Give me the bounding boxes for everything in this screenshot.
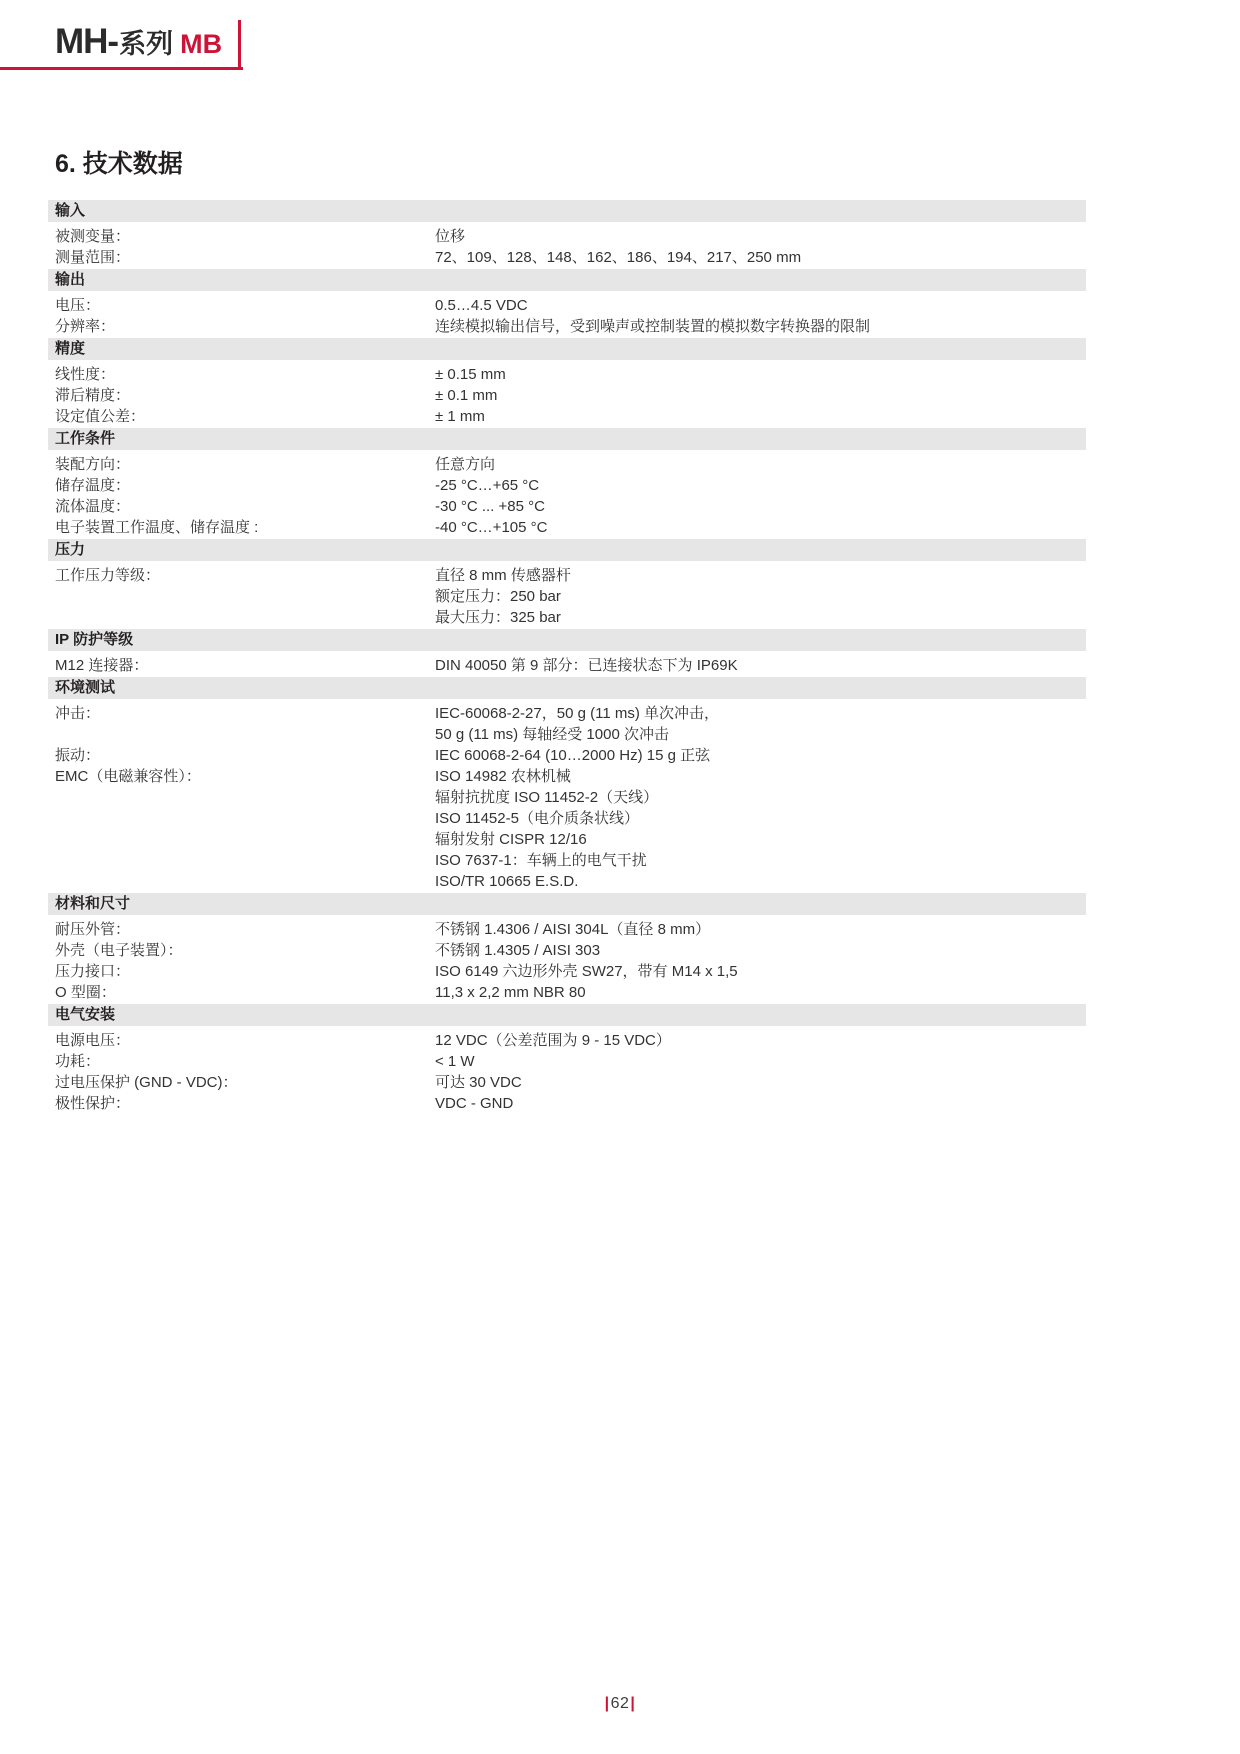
spec-row: 电源电压：12 VDC（公差范围为 9 - 15 VDC） — [48, 1030, 1086, 1051]
spec-row: 被测变量：位移 — [48, 226, 1086, 247]
spec-row: 分辨率：连续模拟输出信号，受到噪声或控制装置的模拟数字转换器的限制 — [48, 316, 1086, 337]
brand-series: 系列 — [119, 22, 173, 61]
spec-value-line: ISO/TR 10665 E.S.D. — [435, 871, 1086, 892]
spec-value-line: 位移 — [435, 226, 1086, 247]
spec-row: 外壳（电子装置）：不锈钢 1.4305 / AISI 303 — [48, 940, 1086, 961]
spec-value-line: ± 0.15 mm — [435, 364, 1086, 385]
spec-value-line: 最大压力：325 bar — [435, 607, 1086, 628]
spec-row: 线性度：± 0.15 mm — [48, 364, 1086, 385]
spec-label: 过电压保护 (GND - VDC)： — [48, 1072, 435, 1093]
spec-label: 振动： — [48, 745, 435, 766]
spec-value-line: ISO 14982 农林机械 — [435, 766, 1086, 787]
page-number: 62 — [610, 1695, 631, 1712]
spec-values: 72、109、128、148、162、186、194、217、250 mm — [435, 247, 1086, 268]
spec-values: 12 VDC（公差范围为 9 - 15 VDC） — [435, 1030, 1086, 1051]
brand-title: MH-系列MB — [55, 22, 222, 62]
datasheet-page: { "accent_color": "#cd1438", "brand": { … — [0, 0, 1240, 1754]
spec-values: ± 1 mm — [435, 406, 1086, 427]
spec-value-line: 直径 8 mm 传感器杆 — [435, 565, 1086, 586]
spec-value-line: 辐射发射 CISPR 12/16 — [435, 829, 1086, 850]
spec-value-line: ISO 11452-5（电介质条状线） — [435, 808, 1086, 829]
spec-values: 不锈钢 1.4305 / AISI 303 — [435, 940, 1086, 961]
brand-vertical-rule — [238, 20, 241, 70]
spec-label: 压力接口： — [48, 961, 435, 982]
spec-values: DIN 40050 第 9 部分：已连接状态下为 IP69K — [435, 655, 1086, 676]
spec-label: EMC（电磁兼容性）： — [48, 766, 435, 787]
spec-values: IEC-60068-2-27，50 g (11 ms) 单次冲击，50 g (1… — [435, 703, 1086, 745]
spec-value-line: 不锈钢 1.4306 / AISI 304L（直径 8 mm） — [435, 919, 1086, 940]
spec-label: 工作压力等级： — [48, 565, 435, 586]
section-header: 输出 — [48, 269, 1086, 291]
spec-value-line: 连续模拟输出信号，受到噪声或控制装置的模拟数字转换器的限制 — [435, 316, 1086, 337]
spec-value-line: 额定压力：250 bar — [435, 586, 1086, 607]
spec-values: 连续模拟输出信号，受到噪声或控制装置的模拟数字转换器的限制 — [435, 316, 1086, 337]
spec-values: < 1 W — [435, 1051, 1086, 1072]
spec-value-line: 11,3 x 2,2 mm NBR 80 — [435, 982, 1086, 1003]
spec-label: 耐压外管： — [48, 919, 435, 940]
section-header: 材料和尺寸 — [48, 893, 1086, 915]
spec-value-line: ISO 6149 六边形外壳 SW27，带有 M14 x 1,5 — [435, 961, 1086, 982]
spec-value-line: 0.5…4.5 VDC — [435, 295, 1086, 316]
brand-underline — [0, 67, 243, 70]
brand-header: MH-系列MB — [0, 20, 243, 70]
spec-row: 储存温度：-25 °C…+65 °C — [48, 475, 1086, 496]
spec-row: 流体温度：-30 °C ... +85 °C — [48, 496, 1086, 517]
spec-row: 设定值公差：± 1 mm — [48, 406, 1086, 427]
spec-value-line: 任意方向 — [435, 454, 1086, 475]
spec-value-line: ± 1 mm — [435, 406, 1086, 427]
spec-label: M12 连接器： — [48, 655, 435, 676]
spec-label: 电源电压： — [48, 1030, 435, 1051]
section-header: 输入 — [48, 200, 1086, 222]
spec-values: ± 0.15 mm — [435, 364, 1086, 385]
spec-label: 电压： — [48, 295, 435, 316]
spec-values: 0.5…4.5 VDC — [435, 295, 1086, 316]
spec-row: 工作压力等级：直径 8 mm 传感器杆额定压力：250 bar最大压力：325 … — [48, 565, 1086, 628]
spec-values: -40 °C…+105 °C — [435, 517, 1086, 538]
spec-label: 储存温度： — [48, 475, 435, 496]
spec-values: 直径 8 mm 传感器杆额定压力：250 bar最大压力：325 bar — [435, 565, 1086, 628]
spec-label: 外壳（电子装置）： — [48, 940, 435, 961]
spec-value-line: ± 0.1 mm — [435, 385, 1086, 406]
spec-values: ISO 6149 六边形外壳 SW27，带有 M14 x 1,5 — [435, 961, 1086, 982]
spec-value-line: VDC - GND — [435, 1093, 1086, 1114]
spec-label: 功耗： — [48, 1051, 435, 1072]
spec-table: 输入被测变量：位移测量范围：72、109、128、148、162、186、194… — [48, 199, 1086, 1114]
page-footer: |62| — [0, 1695, 1240, 1713]
spec-row: M12 连接器：DIN 40050 第 9 部分：已连接状态下为 IP69K — [48, 655, 1086, 676]
spec-row: 滞后精度：± 0.1 mm — [48, 385, 1086, 406]
brand-variant: MB — [180, 29, 222, 60]
spec-value-line: -40 °C…+105 °C — [435, 517, 1086, 538]
spec-value-line: 12 VDC（公差范围为 9 - 15 VDC） — [435, 1030, 1086, 1051]
spec-values: 任意方向 — [435, 454, 1086, 475]
spec-value-line: IEC-60068-2-27，50 g (11 ms) 单次冲击， — [435, 703, 1086, 724]
spec-value-line: ISO 7637-1：车辆上的电气干扰 — [435, 850, 1086, 871]
spec-row: 耐压外管：不锈钢 1.4306 / AISI 304L（直径 8 mm） — [48, 919, 1086, 940]
spec-value-line: 不锈钢 1.4305 / AISI 303 — [435, 940, 1086, 961]
spec-value-line: -25 °C…+65 °C — [435, 475, 1086, 496]
spec-row: O 型圈：11,3 x 2,2 mm NBR 80 — [48, 982, 1086, 1003]
spec-row: 功耗：< 1 W — [48, 1051, 1086, 1072]
spec-row: 极性保护：VDC - GND — [48, 1093, 1086, 1114]
spec-row: 压力接口：ISO 6149 六边形外壳 SW27，带有 M14 x 1,5 — [48, 961, 1086, 982]
spec-row: 过电压保护 (GND - VDC)：可达 30 VDC — [48, 1072, 1086, 1093]
spec-label: 线性度： — [48, 364, 435, 385]
spec-label: 滞后精度： — [48, 385, 435, 406]
section-header: 工作条件 — [48, 428, 1086, 450]
spec-value-line: IEC 60068-2-64 (10…2000 Hz) 15 g 正弦 — [435, 745, 1086, 766]
spec-value-line: 可达 30 VDC — [435, 1072, 1086, 1093]
spec-values: ± 0.1 mm — [435, 385, 1086, 406]
spec-value-line: 72、109、128、148、162、186、194、217、250 mm — [435, 247, 1086, 268]
spec-row: 测量范围：72、109、128、148、162、186、194、217、250 … — [48, 247, 1086, 268]
spec-row: 装配方向：任意方向 — [48, 454, 1086, 475]
spec-label: 设定值公差： — [48, 406, 435, 427]
section-header: IP 防护等级 — [48, 629, 1086, 651]
spec-value-line: < 1 W — [435, 1051, 1086, 1072]
spec-values: -30 °C ... +85 °C — [435, 496, 1086, 517]
spec-values: -25 °C…+65 °C — [435, 475, 1086, 496]
spec-value-line: -30 °C ... +85 °C — [435, 496, 1086, 517]
spec-label: 测量范围： — [48, 247, 435, 268]
page-title: 6. 技术数据 — [55, 144, 183, 180]
spec-row: EMC（电磁兼容性）：ISO 14982 农林机械辐射抗扰度 ISO 11452… — [48, 766, 1086, 892]
footer-left-bar: | — [605, 1695, 610, 1712]
spec-row: 振动：IEC 60068-2-64 (10…2000 Hz) 15 g 正弦 — [48, 745, 1086, 766]
spec-label: 分辨率： — [48, 316, 435, 337]
spec-label: O 型圈： — [48, 982, 435, 1003]
spec-label: 电子装置工作温度、储存温度 : — [48, 517, 435, 538]
spec-values: IEC 60068-2-64 (10…2000 Hz) 15 g 正弦 — [435, 745, 1086, 766]
section-header: 压力 — [48, 539, 1086, 561]
spec-row: 电压：0.5…4.5 VDC — [48, 295, 1086, 316]
spec-values: 位移 — [435, 226, 1086, 247]
brand-model: MH- — [55, 22, 118, 62]
spec-value-line: 50 g (11 ms) 每轴经受 1000 次冲击 — [435, 724, 1086, 745]
section-header: 电气安装 — [48, 1004, 1086, 1026]
section-header: 精度 — [48, 338, 1086, 360]
section-header: 环境测试 — [48, 677, 1086, 699]
spec-values: 可达 30 VDC — [435, 1072, 1086, 1093]
spec-label: 被测变量： — [48, 226, 435, 247]
footer-right-bar: | — [630, 1695, 635, 1712]
spec-values: 不锈钢 1.4306 / AISI 304L（直径 8 mm） — [435, 919, 1086, 940]
spec-values: VDC - GND — [435, 1093, 1086, 1114]
spec-value-line: 辐射抗扰度 ISO 11452-2（天线） — [435, 787, 1086, 808]
spec-row: 电子装置工作温度、储存温度 :-40 °C…+105 °C — [48, 517, 1086, 538]
spec-values: ISO 14982 农林机械辐射抗扰度 ISO 11452-2（天线） ISO … — [435, 766, 1086, 892]
spec-label: 冲击： — [48, 703, 435, 724]
spec-label: 流体温度： — [48, 496, 435, 517]
spec-label: 极性保护： — [48, 1093, 435, 1114]
spec-label: 装配方向： — [48, 454, 435, 475]
spec-value-line: DIN 40050 第 9 部分：已连接状态下为 IP69K — [435, 655, 1086, 676]
spec-values: 11,3 x 2,2 mm NBR 80 — [435, 982, 1086, 1003]
spec-row: 冲击：IEC-60068-2-27，50 g (11 ms) 单次冲击，50 g… — [48, 703, 1086, 745]
